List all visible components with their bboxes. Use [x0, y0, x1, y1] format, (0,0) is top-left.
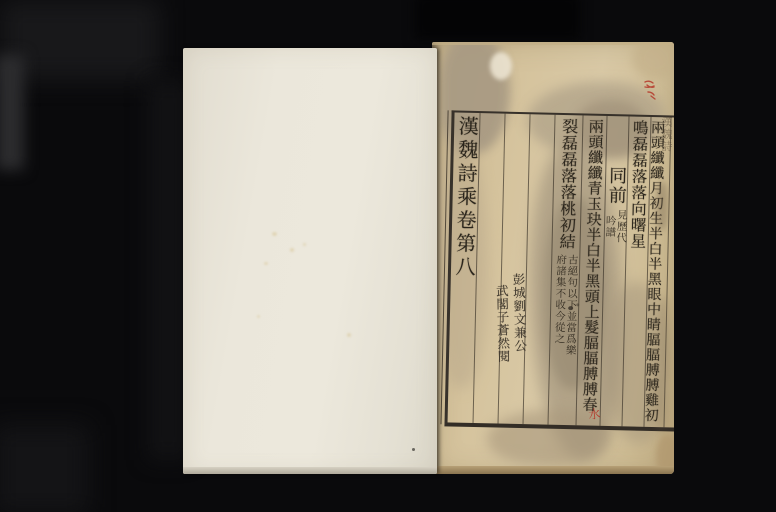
poem-column: 兩頭纖纖青玉玦半白半黑頭上髮腷腷膊膊春 — [581, 119, 603, 413]
foxing-spot — [290, 248, 294, 252]
foxing-spot — [264, 262, 268, 265]
ink-smudge — [576, 303, 579, 306]
paper-repair-patch — [490, 52, 512, 80]
interlinear-note: 府諸集不收今從之 — [554, 254, 567, 345]
interlinear-note: 見歷代 — [616, 209, 627, 244]
printed-page: 漢魏詩乘卷第八 兩頭纖纖月初生半白半黑眼中睛腷腷膊膊雞初 鳴磊磊落落向曙星 同前… — [432, 42, 674, 474]
page-edge — [432, 42, 674, 45]
background-shade — [0, 55, 24, 170]
poem-column: 裂磊磊落落桃初結 — [558, 118, 577, 250]
interlinear-note: 吟譜 — [605, 215, 616, 238]
end-title-column: 漢魏詩乘卷第八 — [454, 116, 478, 280]
background-shade — [148, 80, 188, 460]
page-edge — [183, 467, 437, 474]
background-shade — [0, 425, 89, 512]
foxing-spot — [257, 315, 260, 318]
section-heading: 同前 — [607, 166, 626, 205]
ink-smudge — [568, 306, 573, 310]
frame-outer-line — [440, 110, 448, 424]
foxing-spot — [272, 232, 277, 236]
red-correction-char: 水 — [587, 407, 600, 420]
photo-stage: 漢魏詩乘卷第八 兩頭纖纖月初生半白半黑眼中睛腷腷膊膊雞初 鳴磊磊落落向曙星 同前… — [0, 0, 776, 512]
column-rule — [523, 114, 531, 424]
column-rule — [498, 114, 506, 424]
background-shade — [0, 0, 160, 80]
blank-page — [183, 48, 437, 474]
background-shade — [415, 0, 580, 40]
column-rule — [663, 117, 671, 427]
column-rule — [621, 116, 629, 426]
text-frame: 漢魏詩乘卷第八 兩頭纖纖月初生半白半黑眼中睛腷腷膊膊雞初 鳴磊磊落落向曙星 同前… — [444, 110, 674, 431]
foxing-spot — [303, 243, 306, 246]
page-edge — [432, 466, 674, 474]
red-ink-mark-icon — [642, 79, 658, 101]
poem-column: 鳴磊磊落落向曙星 — [629, 120, 647, 250]
water-stain — [656, 435, 674, 474]
fold-edge-title: 漢魏詩 — [661, 116, 672, 153]
foxing-spot — [347, 333, 351, 337]
ink-smudge — [412, 448, 415, 451]
water-stain — [632, 42, 674, 80]
